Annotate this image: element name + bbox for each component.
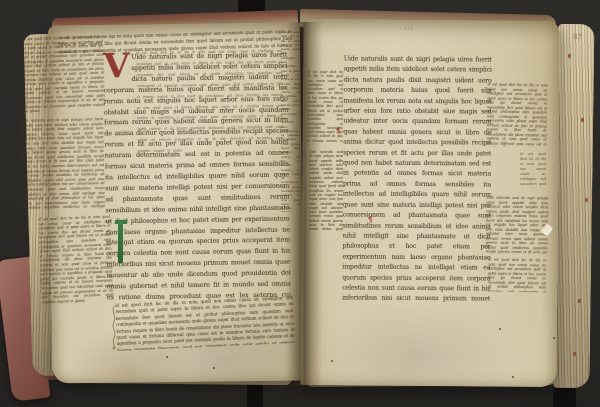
ink-speck-1 — [213, 367, 215, 369]
red-paragraph-mark-2: ¶ — [368, 215, 372, 224]
left-margin-gloss-top: id est quod dicit hic de illa re nota qu… — [23, 35, 106, 116]
left-margin-gloss-middle: Uide naturalis sunt de nigri pelagia uir… — [21, 117, 105, 211]
folio-number: 87 — [573, 33, 582, 41]
right-gutter-note-bottom: Uide naturalis sunt de nigri pelagia uir… — [309, 150, 343, 232]
edge-red-fleck-3 — [585, 198, 588, 202]
top-inscription: 119 — [404, 26, 414, 32]
manuscript-photo: id est quod dicit hic de illa re nota qu… — [0, 0, 600, 407]
ink-speck-4 — [499, 328, 501, 330]
ink-speck-2 — [331, 360, 333, 362]
right-margin-note-2: Uide naturalis sunt de nigri pelagia uir… — [486, 196, 549, 255]
right-margin-note-1: id est quod dicit hic de illa re nota qu… — [486, 82, 547, 147]
right-page-edge-stack — [553, 24, 594, 388]
left-interlinear-gloss: id est quod dicit hic de illa re nota qu… — [136, 46, 286, 298]
right-margin-note-3: id est quod dicit hic de illa re nota qu… — [488, 257, 547, 292]
green-initial-i — [115, 220, 128, 265]
edge-red-fleck-2 — [581, 118, 584, 122]
left-gutter-gloss-column: id est quod dicit hic de illa re nota qu… — [281, 30, 300, 212]
ink-speck-6 — [553, 337, 555, 339]
edge-red-fleck-1 — [568, 54, 571, 58]
edge-red-fleck-4 — [578, 299, 581, 303]
edge-red-fleck-5 — [573, 352, 576, 356]
ink-speck-5 — [166, 356, 168, 358]
red-initial-v: V — [103, 53, 129, 80]
right-margin-note-small: id est quod dicit hic de illa re nota qu… — [520, 152, 546, 188]
marginal-sketch — [106, 304, 122, 350]
left-addendum-note: id est quod dicit hic de illa re nota qu… — [115, 295, 295, 351]
green-initial-stem — [118, 222, 123, 263]
left-margin-gloss-bottom: id est quod dicit hic de illa re nota qu… — [38, 215, 114, 314]
bottom-right-strap — [553, 388, 577, 407]
right-main-text: Uide naturalis sunt de nigri pelagia uir… — [342, 54, 492, 305]
ink-speck-3 — [512, 376, 514, 378]
red-paragraph-mark-1: ¶ — [336, 126, 340, 135]
